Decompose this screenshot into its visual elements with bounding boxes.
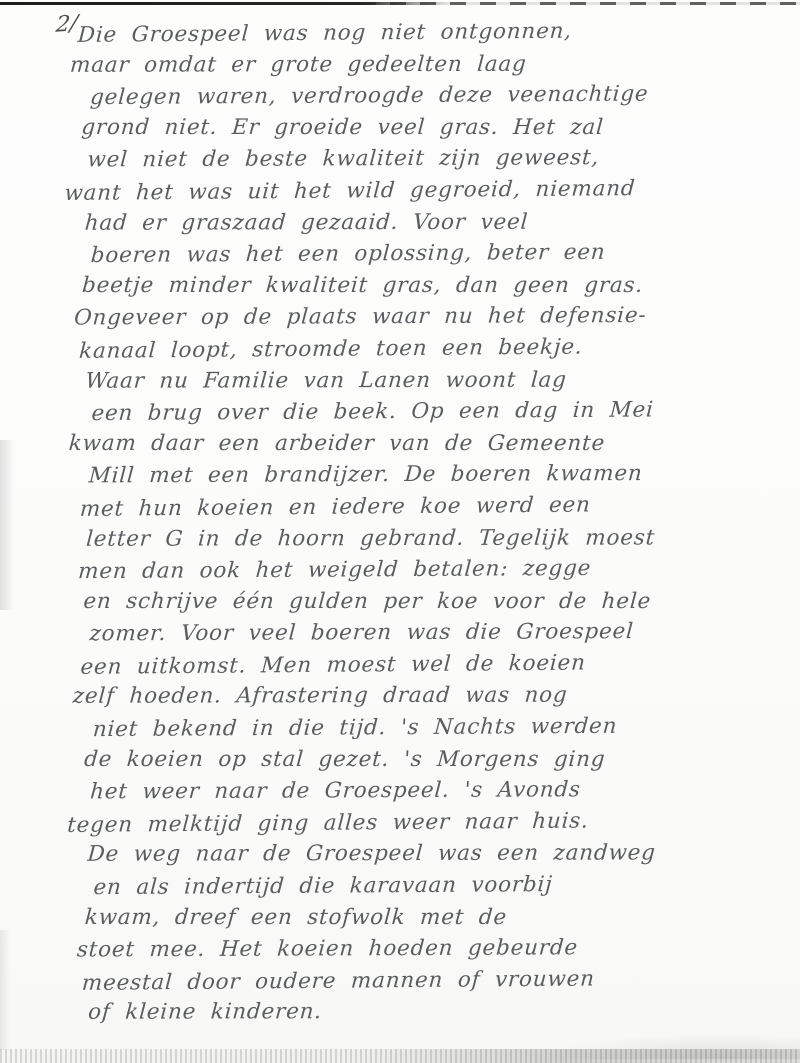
handwritten-line: zomer. Voor veel boeren was die Groespee… (88, 616, 753, 650)
handwritten-line: met hun koeien en iedere koe werd een (79, 488, 753, 525)
handwritten-line: had er graszaad gezaaid. Voor veel (84, 206, 752, 239)
scan-bottom-right-smudge-artifact (540, 1033, 800, 1059)
handwritten-line: maar omdat er grote gedeelten laag (69, 48, 751, 81)
handwritten-line: kwam, dreef een stofwolk met de (84, 902, 755, 934)
handwritten-line: Ongeveer op de plaats waar nu het defens… (73, 300, 752, 335)
handwritten-line: grond niet. Er groeide veel gras. Het za… (80, 112, 751, 144)
handwritten-line: en schrijve één gulden per koe voor de h… (82, 586, 753, 618)
handwritten-line: beetje minder kwaliteit gras, dan geen g… (81, 270, 752, 302)
handwritten-line: kwam daar een arbeider van de Gemeente (68, 428, 753, 460)
handwritten-line: Waar nu Familie van Lanen woont lag (84, 364, 752, 397)
scan-left-edge-artifact (0, 440, 14, 610)
handwritten-line: boeren was het een oplossing, beter een (90, 236, 752, 272)
handwritten-line: want het was uit het wild gegroeid, niem… (63, 172, 751, 209)
handwritten-text-body: Die Groespeel was nog niet ontgonnen,maa… (78, 16, 754, 1030)
handwritten-line: tegen melktijd ging alles weer naar huis… (66, 804, 754, 841)
handwritten-line: een brug over die beek. Op een dag in Me… (90, 394, 752, 430)
handwritten-line: gelegen waren, verdroogde deze veenachti… (89, 78, 751, 114)
handwritten-line: letter G in de hoorn gebrand. Tegelijk m… (85, 522, 753, 555)
handwritten-line: stoet mee. Het koeien hoeden gebeurde (76, 932, 755, 967)
handwritten-line: De weg naar de Groespeel was een zandweg (86, 838, 754, 871)
handwritten-line: en als indertijd die karavaan voorbij (93, 868, 755, 904)
handwritten-line: de koeien op stal gezet. 's Morgens ging (83, 744, 754, 776)
handwritten-line: zelf hoeden. Afrastering draad was nog (72, 680, 754, 713)
handwritten-line: of kleine kinderen. (87, 996, 755, 1029)
scan-top-edge-artifact (0, 2, 800, 5)
handwritten-line: een uitkomst. Men moest wel de koeien (80, 646, 754, 683)
handwritten-line: meestal door oudere mannen of vrouwen (81, 962, 755, 999)
handwritten-line: niet bekend in die tijd. 's Nachts werde… (92, 710, 754, 746)
handwritten-line: Mill met een brandijzer. De boeren kwame… (88, 458, 753, 492)
scan-left-edge-artifact (0, 930, 10, 1050)
handwritten-line: men dan ook het weigeld betalen: zegge (77, 552, 753, 588)
handwritten-line: kanaal loopt, stroomde toen een beekje. (78, 330, 752, 367)
handwritten-line: Die Groespeel was nog niet ontgonnen, (77, 14, 751, 51)
page-number: 2/ (55, 11, 79, 37)
handwritten-line: wel niet de beste kwaliteit zijn geweest… (86, 142, 751, 176)
scanned-handwritten-page: 2/ Die Groespeel was nog niet ontgonnen,… (0, 0, 800, 1063)
handwritten-line: het weer naar de Groespeel. 's Avonds (89, 774, 754, 808)
